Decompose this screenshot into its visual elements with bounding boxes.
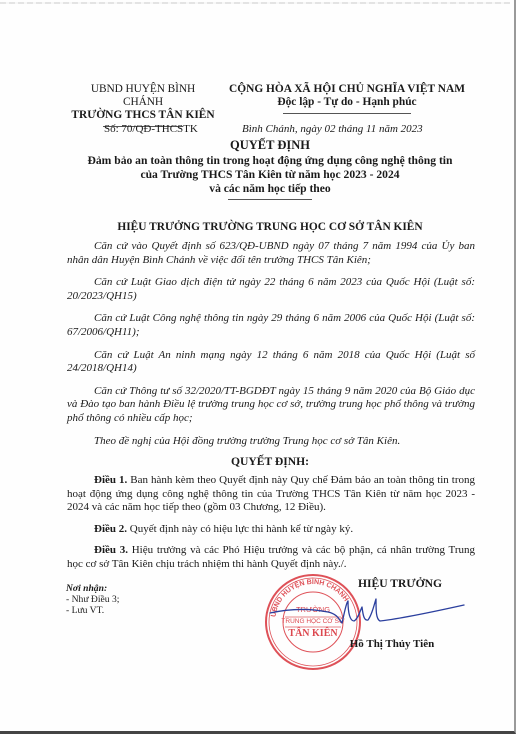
republic-title: CỘNG HÒA XÃ HỘI CHỦ NGHĨA VIỆT NAM [222,83,472,96]
articles: Điều 1. Ban hành kèm theo Quyết định này… [67,474,475,580]
subject-line-1: Đảm bảo an toàn thông tin trong hoạt độn… [60,154,480,168]
article-text: Ban hành kèm theo Quyết định này Quy chế… [67,474,475,513]
issuing-authority: HIỆU TRƯỞNG TRƯỜNG TRUNG HỌC CƠ SỞ TÂN K… [60,221,480,233]
document-title: QUYẾT ĐỊNH Đảm bảo an toàn thông tin tro… [60,137,480,200]
legal-basis: Căn cứ Thông tư số 32/2020/TT-BGDĐT ngày… [67,385,475,426]
signature-block: HIỆU TRƯỞNG Hồ Thị Thủy Tiên [330,577,470,590]
agency-name: UBND HUYỆN BÌNH CHÁNH [70,83,216,109]
article-label: Điều 2. [94,523,127,535]
handwritten-signature [268,593,468,633]
motto-underline [283,113,411,114]
legal-bases: Căn cứ vào Quyết định số 623/QĐ-UBND ngà… [67,240,475,457]
document-page: UBND HUYỆN BÌNH CHÁNH TRƯỜNG THCS TÂN KI… [0,0,516,734]
national-heading-block: CỘNG HÒA XÃ HỘI CHỦ NGHĨA VIỆT NAM Độc l… [222,83,472,114]
document-number: Số: 70/QĐ-THCSTK [104,123,198,135]
subject-line-3: và các năm học tiếp theo [60,182,480,196]
recipients-heading: Nơi nhận: [66,583,119,594]
scan-artifact [0,2,510,4]
subject-line-2: của Trường THCS Tân Kiên từ năm học 2023… [60,168,480,182]
recipient-item: - Lưu VT. [66,605,119,616]
document-type: QUYẾT ĐỊNH [60,137,480,154]
place-date: Bình Chánh, ngày 02 tháng 11 năm 2023 [242,123,423,135]
national-motto: Độc lập - Tự do - Hạnh phúc [222,96,472,109]
proposal-basis: Theo đề nghị của Hội đồng trường trường … [67,435,475,449]
title-underline [228,199,312,200]
signer-role: HIỆU TRƯỞNG [330,577,470,590]
article-3: Điều 3. Hiệu trưởng và các Phó Hiệu trưở… [67,544,475,571]
recipient-item: - Như Điều 3; [66,594,119,605]
legal-basis: Căn cứ Luật Công nghệ thông tin ngày 29 … [67,312,475,339]
issuing-agency-block: UBND HUYỆN BÌNH CHÁNH TRƯỜNG THCS TÂN KI… [70,83,216,127]
signer-name: Hồ Thị Thủy Tiên [330,638,454,650]
article-text: Hiệu trưởng và các Phó Hiệu trưởng và cá… [67,544,475,570]
article-1: Điều 1. Ban hành kèm theo Quyết định này… [67,474,475,515]
legal-basis: Căn cứ Luật An ninh mạng ngày 12 tháng 6… [67,349,475,376]
article-label: Điều 3. [94,544,128,556]
legal-basis: Căn cứ Luật Giao dịch điện tử ngày 22 th… [67,276,475,303]
article-label: Điều 1. [94,474,127,486]
article-text: Quyết định này có hiệu lực thi hành kể t… [127,523,353,535]
legal-basis: Căn cứ vào Quyết định số 623/QĐ-UBND ngà… [67,240,475,267]
recipients-block: Nơi nhận: - Như Điều 3; - Lưu VT. [66,583,119,616]
article-2: Điều 2. Quyết định này có hiệu lực thi h… [67,523,475,537]
decision-heading: QUYẾT ĐỊNH: [60,455,480,468]
school-name: TRƯỜNG THCS TÂN KIÊN [70,109,216,122]
